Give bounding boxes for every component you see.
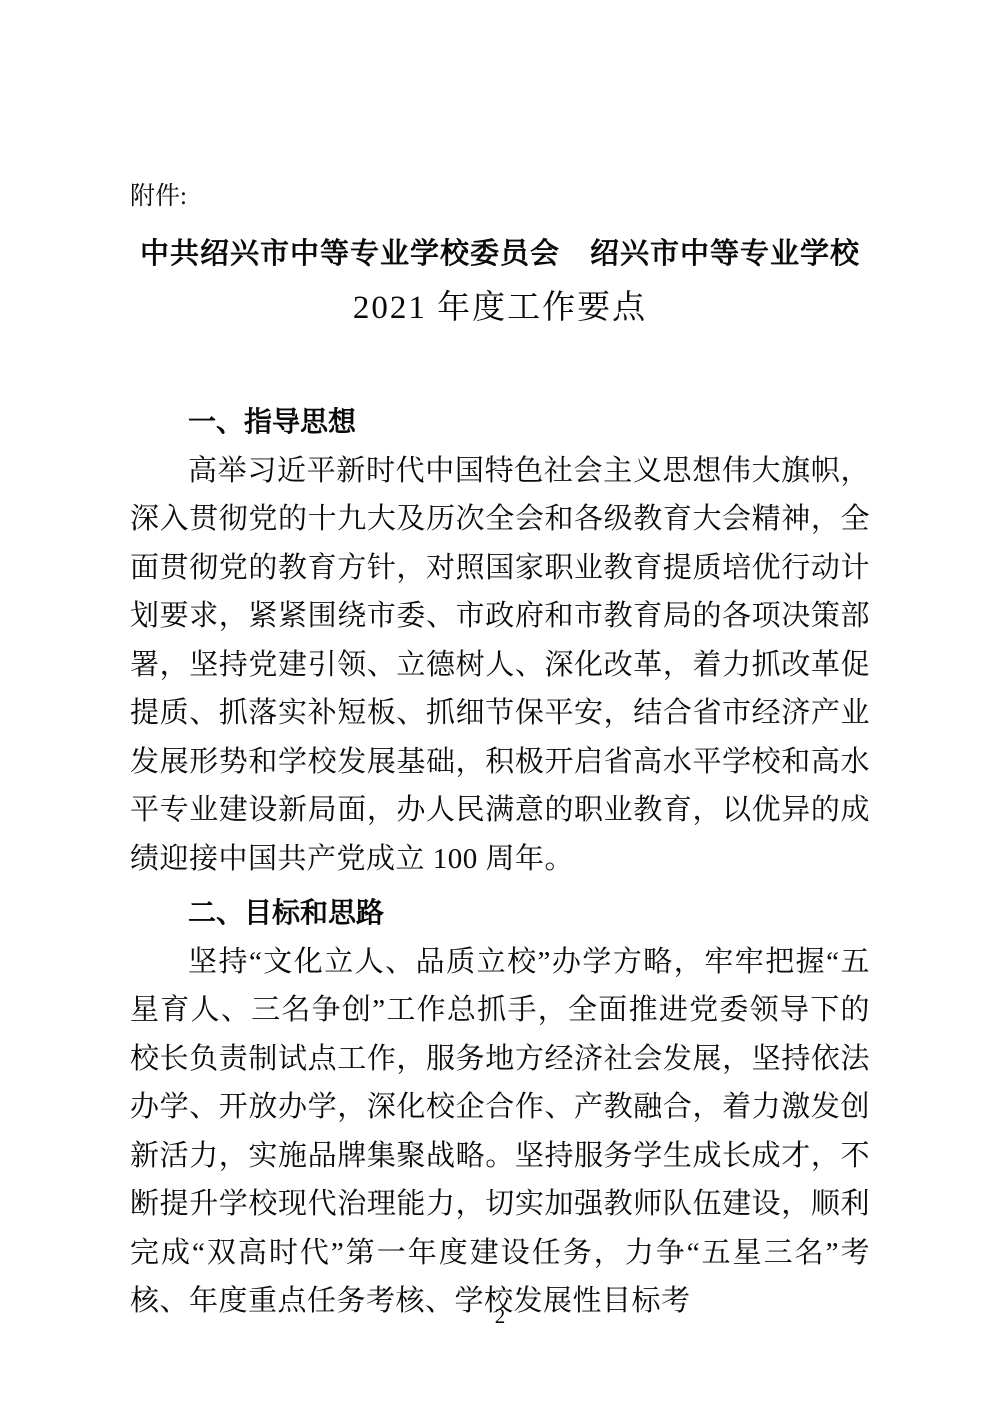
section-goals-and-approach: 二、目标和思路 坚持“文化立人、品质立校”办学方略，牢牢把握“五星育人、三名争创… [130,889,870,1326]
page-number: 2 [0,1302,1000,1330]
section-heading-guiding-ideology: 一、指导思想 [130,398,870,447]
document-title-line2: 2021 年度工作要点 [130,286,870,330]
attachment-label: 附件: [130,178,870,216]
document-page: 附件: 中共绍兴市中等专业学校委员会 绍兴市中等专业学校 2021 年度工作要点… [0,0,1000,1415]
section-guiding-ideology: 一、指导思想 高举习近平新时代中国特色社会主义思想伟大旗帜，深入贯彻党的十九大及… [130,398,870,883]
document-title-line1: 中共绍兴市中等专业学校委员会 绍兴市中等专业学校 [130,234,870,274]
document-content: 附件: 中共绍兴市中等专业学校委员会 绍兴市中等专业学校 2021 年度工作要点… [0,0,1000,1326]
section-paragraph-goals-and-approach: 坚持“文化立人、品质立校”办学方略，牢牢把握“五星育人、三名争创”工作总抓手，全… [130,938,870,1326]
section-paragraph-guiding-ideology: 高举习近平新时代中国特色社会主义思想伟大旗帜，深入贯彻党的十九大及历次全会和各级… [130,447,870,884]
section-heading-goals-and-approach: 二、目标和思路 [130,889,870,938]
